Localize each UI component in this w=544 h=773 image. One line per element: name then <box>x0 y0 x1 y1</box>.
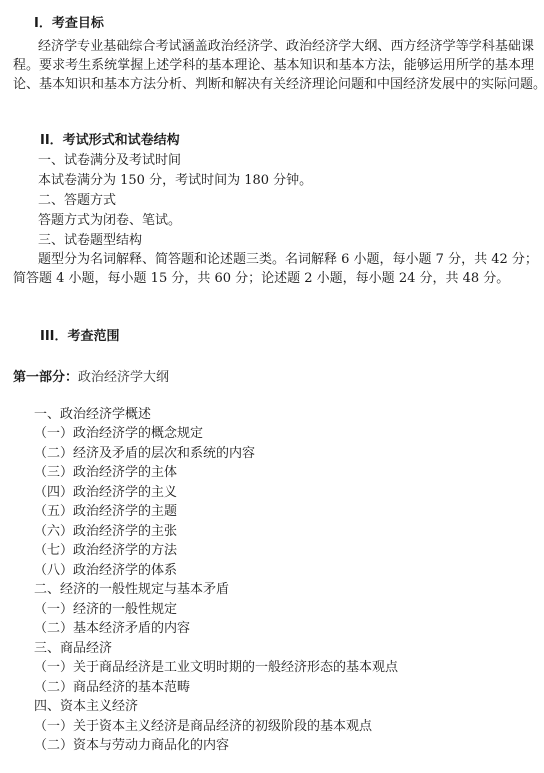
exam-score-time-text: 本试卷满分为 150 分，考试时间为 180 分钟。 <box>38 171 312 190</box>
question-structure-text-line-1: 题型分为名词解释、简答题和论述题三类。名词解释 6 小题，每小题 7 分，共 4… <box>38 250 531 269</box>
outline-item: （一）关于商品经济是工业文明时期的一般经济形态的基本观点 <box>34 658 398 677</box>
outline-item: （五）政治经济学的主题 <box>34 502 177 521</box>
outline-item: （二）基本经济矛盾的内容 <box>34 619 190 638</box>
part-1-name: 政治经济学大纲 <box>78 370 169 385</box>
section-1-paragraph-line-1: 经济学专业基础综合考试涵盖政治经济学、政治经济学大纲、西方经济学等学科基础课 <box>38 37 534 56</box>
part-1-label: 第一部分： <box>13 370 78 385</box>
outline-item: （二）资本与劳动力商品化的内容 <box>34 736 229 755</box>
answer-method-text: 答题方式为闭卷、笔试。 <box>38 211 181 230</box>
outline-item: （八）政治经济学的体系 <box>34 561 177 580</box>
exam-score-time-subheading: 一、试卷满分及考试时间 <box>38 151 181 170</box>
outline-chapter-2: 二、经济的一般性规定与基本矛盾 <box>34 580 229 599</box>
section-3-heading: III．考查范围 <box>40 327 120 346</box>
question-structure-text-line-2: 简答题 4 小题，每小题 15 分，共 60 分；论述题 2 小题，每小题 24… <box>13 269 509 288</box>
outline-item: （一）经济的一般性规定 <box>34 600 177 619</box>
question-structure-subheading: 三、试卷题型结构 <box>38 231 142 250</box>
part-1-title: 第一部分：政治经济学大纲 <box>13 368 169 387</box>
outline-item: （一）政治经济学的概念规定 <box>34 424 203 443</box>
outline-item: （六）政治经济学的主张 <box>34 522 177 541</box>
section-1-paragraph-line-2: 程。要求考生系统掌握上述学科的基本理论、基本知识和基本方法，能够运用所学的基本理 <box>13 56 534 75</box>
outline-chapter-3: 三、商品经济 <box>34 639 112 658</box>
outline-item: （三）政治经济学的主体 <box>34 463 177 482</box>
answer-method-subheading: 二、答题方式 <box>38 191 116 210</box>
section-1-paragraph-line-3: 论、基本知识和基本方法分析、判断和解决有关经济理论问题和中国经济发展中的实际问题… <box>13 75 534 94</box>
outline-item: （七）政治经济学的方法 <box>34 541 177 560</box>
section-1-heading: I．考查目标 <box>34 14 104 33</box>
section-2-heading: II．考试形式和试卷结构 <box>40 131 180 150</box>
outline-item: （二）经济及矛盾的层次和系统的内容 <box>34 444 255 463</box>
outline-chapter-1: 一、政治经济学概述 <box>34 405 151 424</box>
outline-item: （二）商品经济的基本范畴 <box>34 678 190 697</box>
outline-item: （一）关于资本主义经济是商品经济的初级阶段的基本观点 <box>34 717 372 736</box>
outline-chapter-4: 四、资本主义经济 <box>34 697 138 716</box>
outline-item: （四）政治经济学的主义 <box>34 483 177 502</box>
